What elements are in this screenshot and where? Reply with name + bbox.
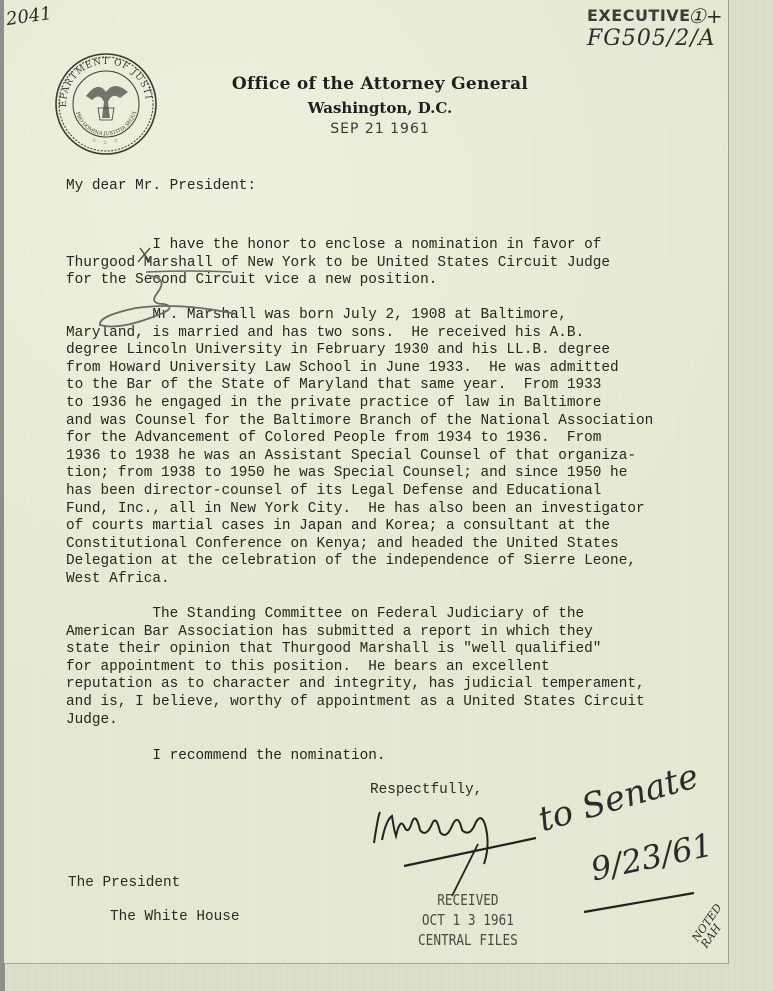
paragraph-recommendation: I recommend the nomination. (66, 748, 706, 766)
date-stamp: SEP 21 1961 (180, 121, 580, 137)
handwritten-file-code: FG505/2/A (587, 26, 716, 51)
svg-text:☆: ☆ (103, 139, 108, 147)
handwritten-category-mark: ①+ (688, 4, 723, 28)
paragraph-nomination: I have the honor to enclose a nomination… (66, 237, 706, 290)
received-stamp-office: CENTRAL FILES (418, 930, 518, 950)
received-stamp: RECEIVED OCT 1 3 1961 CENTRAL FILES (418, 890, 518, 950)
letterhead-city: Washington, D.C. (180, 99, 580, 117)
addressee-title: The President (68, 875, 180, 891)
closing: Respectfully, (370, 782, 482, 798)
svg-text:☆: ☆ (114, 137, 119, 145)
letterhead-office: Office of the Attorney General (180, 74, 580, 94)
received-stamp-label: RECEIVED (418, 890, 518, 910)
executive-stamp: EXECUTIVE (587, 6, 691, 25)
received-stamp-date: OCT 1 3 1961 (418, 910, 518, 930)
salutation: My dear Mr. President: (66, 178, 706, 196)
paragraph-biography: Mr. Marshall was born July 2, 1908 at Ba… (66, 307, 706, 589)
letterhead: Office of the Attorney General Washingto… (180, 74, 580, 137)
addressee-location: The White House (110, 909, 240, 925)
department-of-justice-seal-icon: DEPARTMENT OF JUSTICE QUI PRO DOMINA JUS… (54, 52, 158, 156)
svg-text:☆: ☆ (92, 137, 97, 145)
paragraph-aba-report: The Standing Committee on Federal Judici… (66, 606, 706, 729)
